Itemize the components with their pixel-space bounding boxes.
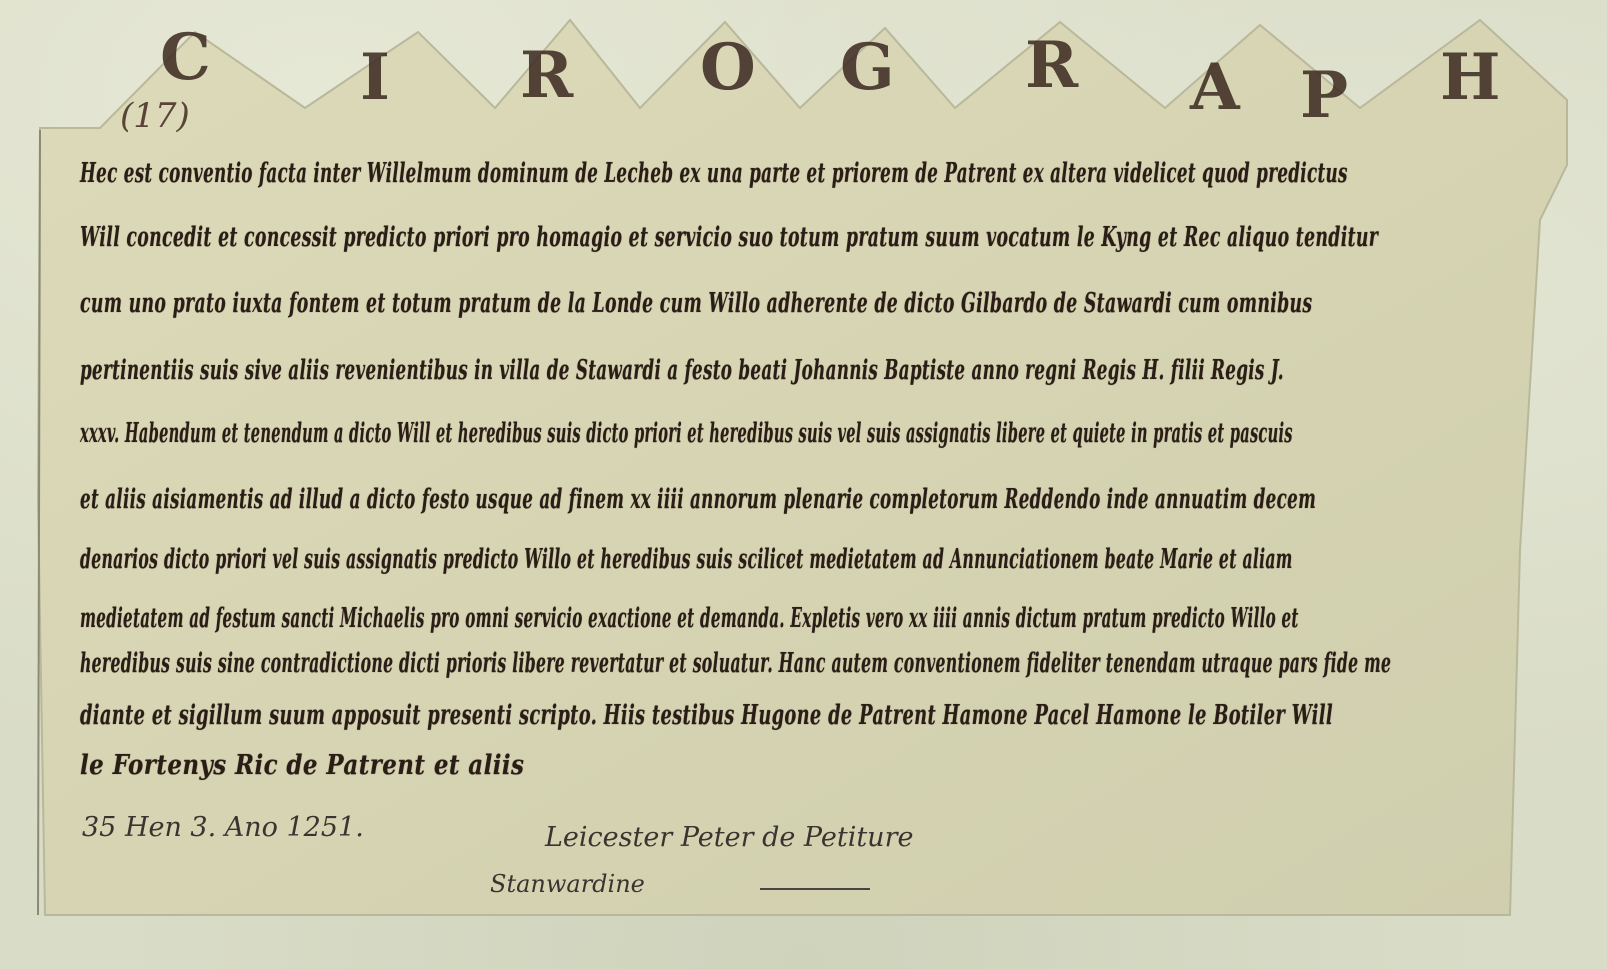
text-line-10: diante et sigillum suum apposuit present… [80,700,1333,731]
text-line-9: heredibus suis sine contradictione dicti… [80,648,1391,679]
text-line-11: le Fortenys Ric de Patrent et aliis [80,750,524,781]
cut-letter-1: C [160,20,211,95]
cut-letter-9: H [1440,40,1500,115]
date-annotation: 35 Hen 3. Ano 1251. [82,812,364,843]
chirograph-number: (17) [120,96,190,136]
left-edge-shadow [38,130,40,915]
place-annotation: Stanwardine [490,870,645,898]
text-line-8: medietatem ad festum sancti Michaelis pr… [80,603,1299,634]
text-line-3: cum uno prato iuxta fontem et totum prat… [80,288,1312,319]
text-line-6: et aliis aisiamentis ad illud a dicto fe… [80,484,1316,515]
cut-letter-2: I [360,40,390,115]
cut-letter-8: P [1300,58,1348,133]
cut-letter-6: R [1025,28,1078,103]
cut-letter-5: G [840,30,895,105]
cut-letter-3: R [520,38,573,113]
text-line-5: xxxv. Habendum et tenendum a dicto Will … [80,418,1293,449]
text-line-2: Will concedit et concessit predicto prio… [80,222,1378,253]
cut-letter-4: O [700,30,756,105]
text-line-7: denarios dicto priori vel suis assignati… [80,544,1293,575]
cut-letter-7: A [1190,50,1240,125]
text-line-4: pertinentiis suis sive aliis revenientib… [80,355,1284,386]
names-annotation: Leicester Peter de Petiture [545,822,913,853]
text-line-1: Hec est conventio facta inter Willelmum … [80,158,1348,189]
pencil-dash [760,888,870,890]
